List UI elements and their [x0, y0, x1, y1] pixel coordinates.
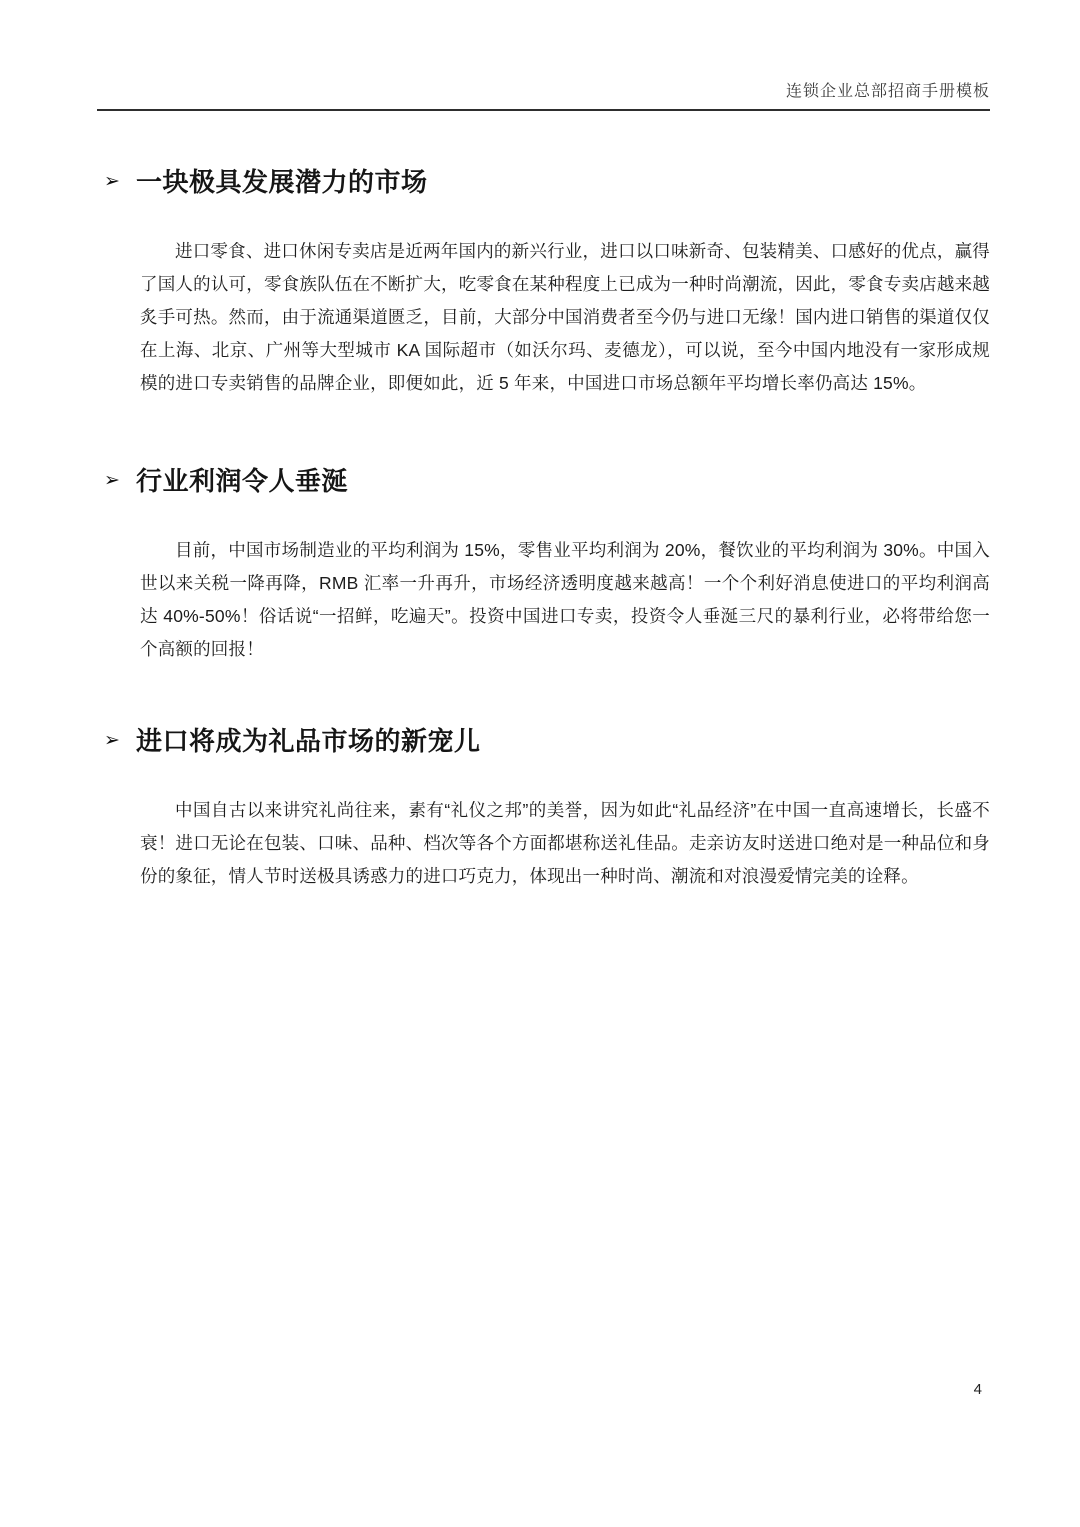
section-heading-row: ➢ 进口将成为礼品市场的新宠儿 [100, 726, 990, 756]
section-heading-text: 行业利润令人垂涎 [136, 466, 348, 496]
arrow-bullet-icon: ➢ [100, 466, 136, 496]
section-market-potential: ➢ 一块极具发展潜力的市场 进口零食、进口休闲专卖店是近两年国内的新兴行业，进口… [100, 167, 990, 400]
section-heading-row: ➢ 行业利润令人垂涎 [100, 466, 990, 496]
header-title: 连锁企业总部招商手册模板 [97, 0, 990, 102]
arrow-bullet-icon: ➢ [100, 726, 136, 756]
section-gift-market: ➢ 进口将成为礼品市场的新宠儿 中国自古以来讲究礼尚往来，素有“礼仪之邦”的美誉… [100, 726, 990, 893]
document-page: 连锁企业总部招商手册模板 ➢ 一块极具发展潜力的市场 进口零食、进口休闲专卖店是… [0, 0, 1080, 1527]
section-paragraph: 目前，中国市场制造业的平均利润为 15%，零售业平均利润为 20%，餐饮业的平均… [140, 534, 990, 666]
section-paragraph: 中国自古以来讲究礼尚往来，素有“礼仪之邦”的美誉，因为如此“礼品经济”在中国一直… [140, 794, 990, 893]
page-footer: 4 [974, 1381, 982, 1398]
page-number: 4 [974, 1381, 982, 1398]
section-heading-row: ➢ 一块极具发展潜力的市场 [100, 167, 990, 197]
page-body: ➢ 一块极具发展潜力的市场 进口零食、进口休闲专卖店是近两年国内的新兴行业，进口… [100, 111, 990, 893]
section-heading-text: 进口将成为礼品市场的新宠儿 [136, 726, 481, 756]
page-header: 连锁企业总部招商手册模板 [97, 0, 990, 111]
section-industry-profit: ➢ 行业利润令人垂涎 目前，中国市场制造业的平均利润为 15%，零售业平均利润为… [100, 466, 990, 666]
section-heading-text: 一块极具发展潜力的市场 [136, 167, 428, 197]
arrow-bullet-icon: ➢ [100, 167, 136, 197]
section-paragraph: 进口零食、进口休闲专卖店是近两年国内的新兴行业，进口以口味新奇、包装精美、口感好… [140, 235, 990, 400]
